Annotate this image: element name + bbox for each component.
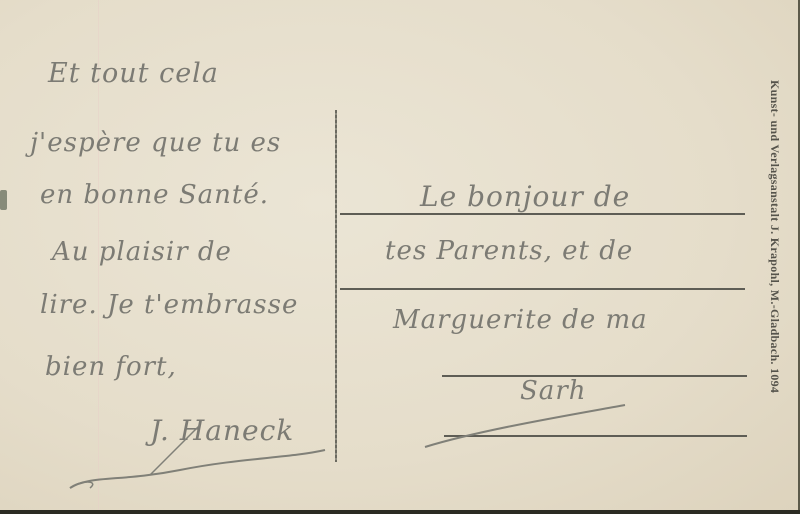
postcard-back: Et tout cela j'espère que tu es en bonne… [0, 0, 800, 510]
address-flourish [420, 385, 640, 455]
message-line-4: Au plaisir de [52, 237, 232, 267]
center-divider [335, 110, 337, 462]
address-line-3 [442, 375, 747, 377]
edge-smudge [0, 190, 7, 210]
message-line-3: en bonne Santé. [40, 180, 269, 210]
publisher-imprint: Kunst- und Verlagsanstalt J. Krapohl, M.… [762, 80, 782, 460]
address-text-2: tes Parents, et de [385, 236, 633, 266]
address-text-3: Marguerite de ma [393, 305, 648, 335]
message-line-6: bien fort, [45, 352, 177, 382]
message-line-5: lire. Je t'embrasse [40, 290, 298, 320]
message-line-1: Et tout cela [48, 58, 219, 89]
scan-bottom-edge [0, 510, 800, 514]
signature-flourish [60, 420, 340, 500]
address-line-2 [340, 288, 745, 290]
message-line-2: j'espère que tu es [30, 128, 281, 158]
address-line-1 [340, 213, 745, 215]
address-text-1: Le bonjour de [420, 180, 630, 213]
